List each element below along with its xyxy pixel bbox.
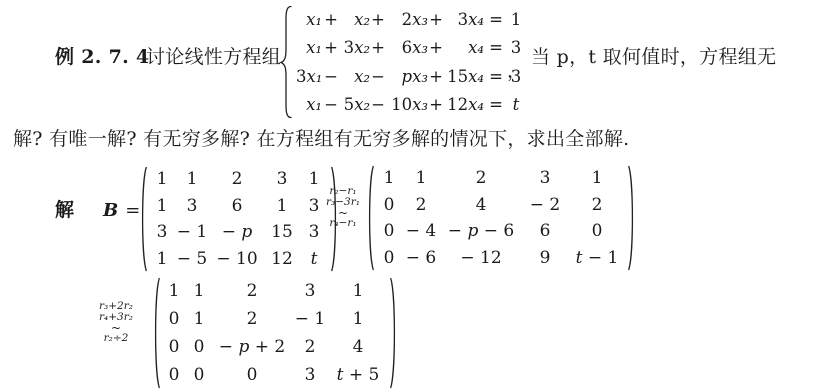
equations-grid: x₁ + x₂ + 2x₃ + 3x₄ = 1 x₁ + 3x₂ + 6x₃ +… (296, 6, 524, 119)
equation-rhs: t (508, 95, 524, 114)
solution-label: 解 (55, 201, 74, 220)
row-operations-step1: r₂−r₁ r₃−3r₁ ~ r₄−r₁ (321, 186, 365, 229)
augmented-matrix-3: 1 1 2 3 1 0 1 2 − 1 1 0 0 − p + 2 2 4 0 … (152, 277, 398, 389)
operator: − (370, 95, 386, 114)
matrix-cell: 0 (164, 365, 184, 385)
matrix-cell: 1 (151, 169, 173, 189)
matrix-cell: 1 (570, 168, 624, 188)
operator: + (428, 10, 444, 29)
example-label: 例 2. 7. 4 (55, 48, 149, 67)
right-paren-glyph (389, 277, 398, 389)
matrix-cell: 1 (184, 281, 214, 301)
textbook-page: 例 2. 7. 4 讨论线性方程组 x₁ + x₂ + 2x₃ + 3x₄ = … (0, 0, 839, 389)
operator: + (370, 38, 386, 57)
row-operations-step2: r₃+2r₂ r₄+3r₂ ~ r₂÷2 (90, 301, 142, 344)
matrix-cell: − 4 (400, 221, 442, 241)
matrix-cell: 1 (184, 309, 214, 329)
matrix-cell: 15 (263, 222, 301, 242)
matrix-cell: 4 (330, 337, 386, 357)
matrix-cell: 1 (151, 196, 173, 216)
matrix-cell: 12 (263, 249, 301, 269)
matrix-cell: t − 1 (570, 248, 624, 268)
matrix-cell: 2 (570, 195, 624, 215)
matrix-name-equation: B= (103, 202, 140, 220)
equation-term: 12x₄ (444, 95, 484, 114)
matrix-cell: 1 (400, 168, 442, 188)
operator: + (322, 10, 340, 29)
operator: − (370, 67, 386, 86)
matrix-cell: 0 (378, 221, 400, 241)
matrix-cell: 2 (442, 168, 520, 188)
equation-term: x₁ (296, 38, 322, 57)
matrix-cell: 6 (520, 221, 570, 241)
operator: − (322, 95, 340, 114)
matrix-cells: 1 1 2 3 1 1 3 6 1 3 3 − 1 − p 15 3 1 − 5… (148, 166, 330, 272)
matrix-cell: 3 (290, 281, 330, 301)
matrix-cell: 1 (164, 281, 184, 301)
matrix-cell: 6 (211, 196, 263, 216)
equation-term: x₂ (340, 10, 370, 29)
matrix-cell: 4 (442, 195, 520, 215)
augmented-matrix-2: 1 1 2 3 1 0 2 4 − 2 2 0 − 4 − p − 6 6 0 … (366, 165, 636, 271)
equation-term: 3x₄ (444, 10, 484, 29)
left-paren-glyph (152, 277, 161, 389)
separator-comma: ， (507, 62, 526, 81)
equation-term: x₁ (296, 95, 322, 114)
matrix-cell: − 1 (290, 309, 330, 329)
matrix-cell: 0 (164, 337, 184, 357)
intro-text: 讨论线性方程组 (146, 48, 281, 67)
matrix-cell: 0 (184, 337, 214, 357)
matrix-cell: 1 (330, 309, 386, 329)
equals-sign: = (484, 67, 508, 86)
matrix-cell: t (301, 249, 327, 269)
question-text: 当 p，t 取何值时，方程组无 (531, 48, 776, 67)
matrix-cell: 3 (173, 196, 211, 216)
matrix-cell: − 6 (400, 248, 442, 268)
matrix-cell: 0 (378, 248, 400, 268)
equation-term: 6x₃ (386, 38, 428, 57)
matrix-cells: 1 1 2 3 1 0 1 2 − 1 1 0 0 − p + 2 2 4 0 … (161, 277, 389, 389)
matrix-cell: − p (211, 222, 263, 242)
matrix-cell: − p + 2 (214, 337, 290, 357)
equation-term: px₃ (386, 67, 428, 86)
operator: + (428, 38, 444, 57)
equation-term: 3x₁ (296, 67, 322, 86)
matrix-cell: t + 5 (330, 365, 386, 385)
matrix-cell: 2 (290, 337, 330, 357)
matrix-cell: 2 (400, 195, 442, 215)
matrix-cell: 3 (290, 365, 330, 385)
matrix-cell: 1 (330, 281, 386, 301)
left-curly-brace-glyph (279, 5, 293, 119)
matrix-cell: 2 (211, 169, 263, 189)
equals-sign: = (484, 95, 508, 114)
operator: + (428, 67, 444, 86)
equals-sign: = (484, 38, 508, 57)
equation-system: x₁ + x₂ + 2x₃ + 3x₄ = 1 x₁ + 3x₂ + 6x₃ +… (279, 5, 524, 119)
matrix-B-symbol: B (103, 200, 118, 221)
matrix-cell: − 5 (173, 249, 211, 269)
equation-term: 3x₂ (340, 38, 370, 57)
equals-sign: = (484, 10, 508, 29)
row-op: r₄−r₁ (321, 218, 365, 229)
operator: − (322, 67, 340, 86)
matrix-cell: 1 (263, 196, 301, 216)
matrix-cells: 1 1 2 3 1 0 2 4 − 2 2 0 − 4 − p − 6 6 0 … (375, 165, 627, 271)
matrix-cell: 0 (164, 309, 184, 329)
equation-term: x₂ (340, 67, 370, 86)
matrix-cell: − 10 (211, 249, 263, 269)
matrix-cell: 1 (378, 168, 400, 188)
right-paren-glyph (627, 165, 636, 271)
matrix-cell: − 2 (520, 195, 570, 215)
operator: + (370, 10, 386, 29)
matrix-cell: 0 (214, 365, 290, 385)
matrix-cell: 1 (151, 249, 173, 269)
matrix-cell: 1 (173, 169, 211, 189)
matrix-cell: − 1 (173, 222, 211, 242)
equation-rhs: 1 (508, 10, 524, 29)
left-paren-glyph (139, 166, 148, 272)
matrix-cell: − p − 6 (442, 221, 520, 241)
matrix-cell: 0 (378, 195, 400, 215)
equation-rhs: 3 (508, 38, 524, 57)
matrix-cell: 2 (214, 309, 290, 329)
augmented-matrix-1: 1 1 2 3 1 1 3 6 1 3 3 − 1 − p 15 3 1 − 5… (139, 166, 339, 272)
left-paren-glyph (366, 165, 375, 271)
matrix-cell: 3 (520, 168, 570, 188)
equation-term: 15x₄ (444, 67, 484, 86)
prompt-line: 解? 有唯一解? 有无穷多解? 在方程组有无穷多解的情况下，求出全部解. (13, 130, 630, 149)
row-op: r₂÷2 (90, 333, 142, 344)
matrix-cell: 0 (570, 221, 624, 241)
operator: + (428, 95, 444, 114)
equation-term: 2x₃ (386, 10, 428, 29)
equation-term: 5x₂ (340, 95, 370, 114)
equation-term: 10x₃ (386, 95, 428, 114)
matrix-cell: 9 (520, 248, 570, 268)
matrix-cell: 2 (214, 281, 290, 301)
equation-term: x₄ (444, 38, 484, 57)
matrix-cell: − 12 (442, 248, 520, 268)
matrix-cell: 3 (151, 222, 173, 242)
operator: + (322, 38, 340, 57)
matrix-cell: 3 (263, 169, 301, 189)
matrix-cell: 0 (184, 365, 214, 385)
equation-term: x₁ (296, 10, 322, 29)
